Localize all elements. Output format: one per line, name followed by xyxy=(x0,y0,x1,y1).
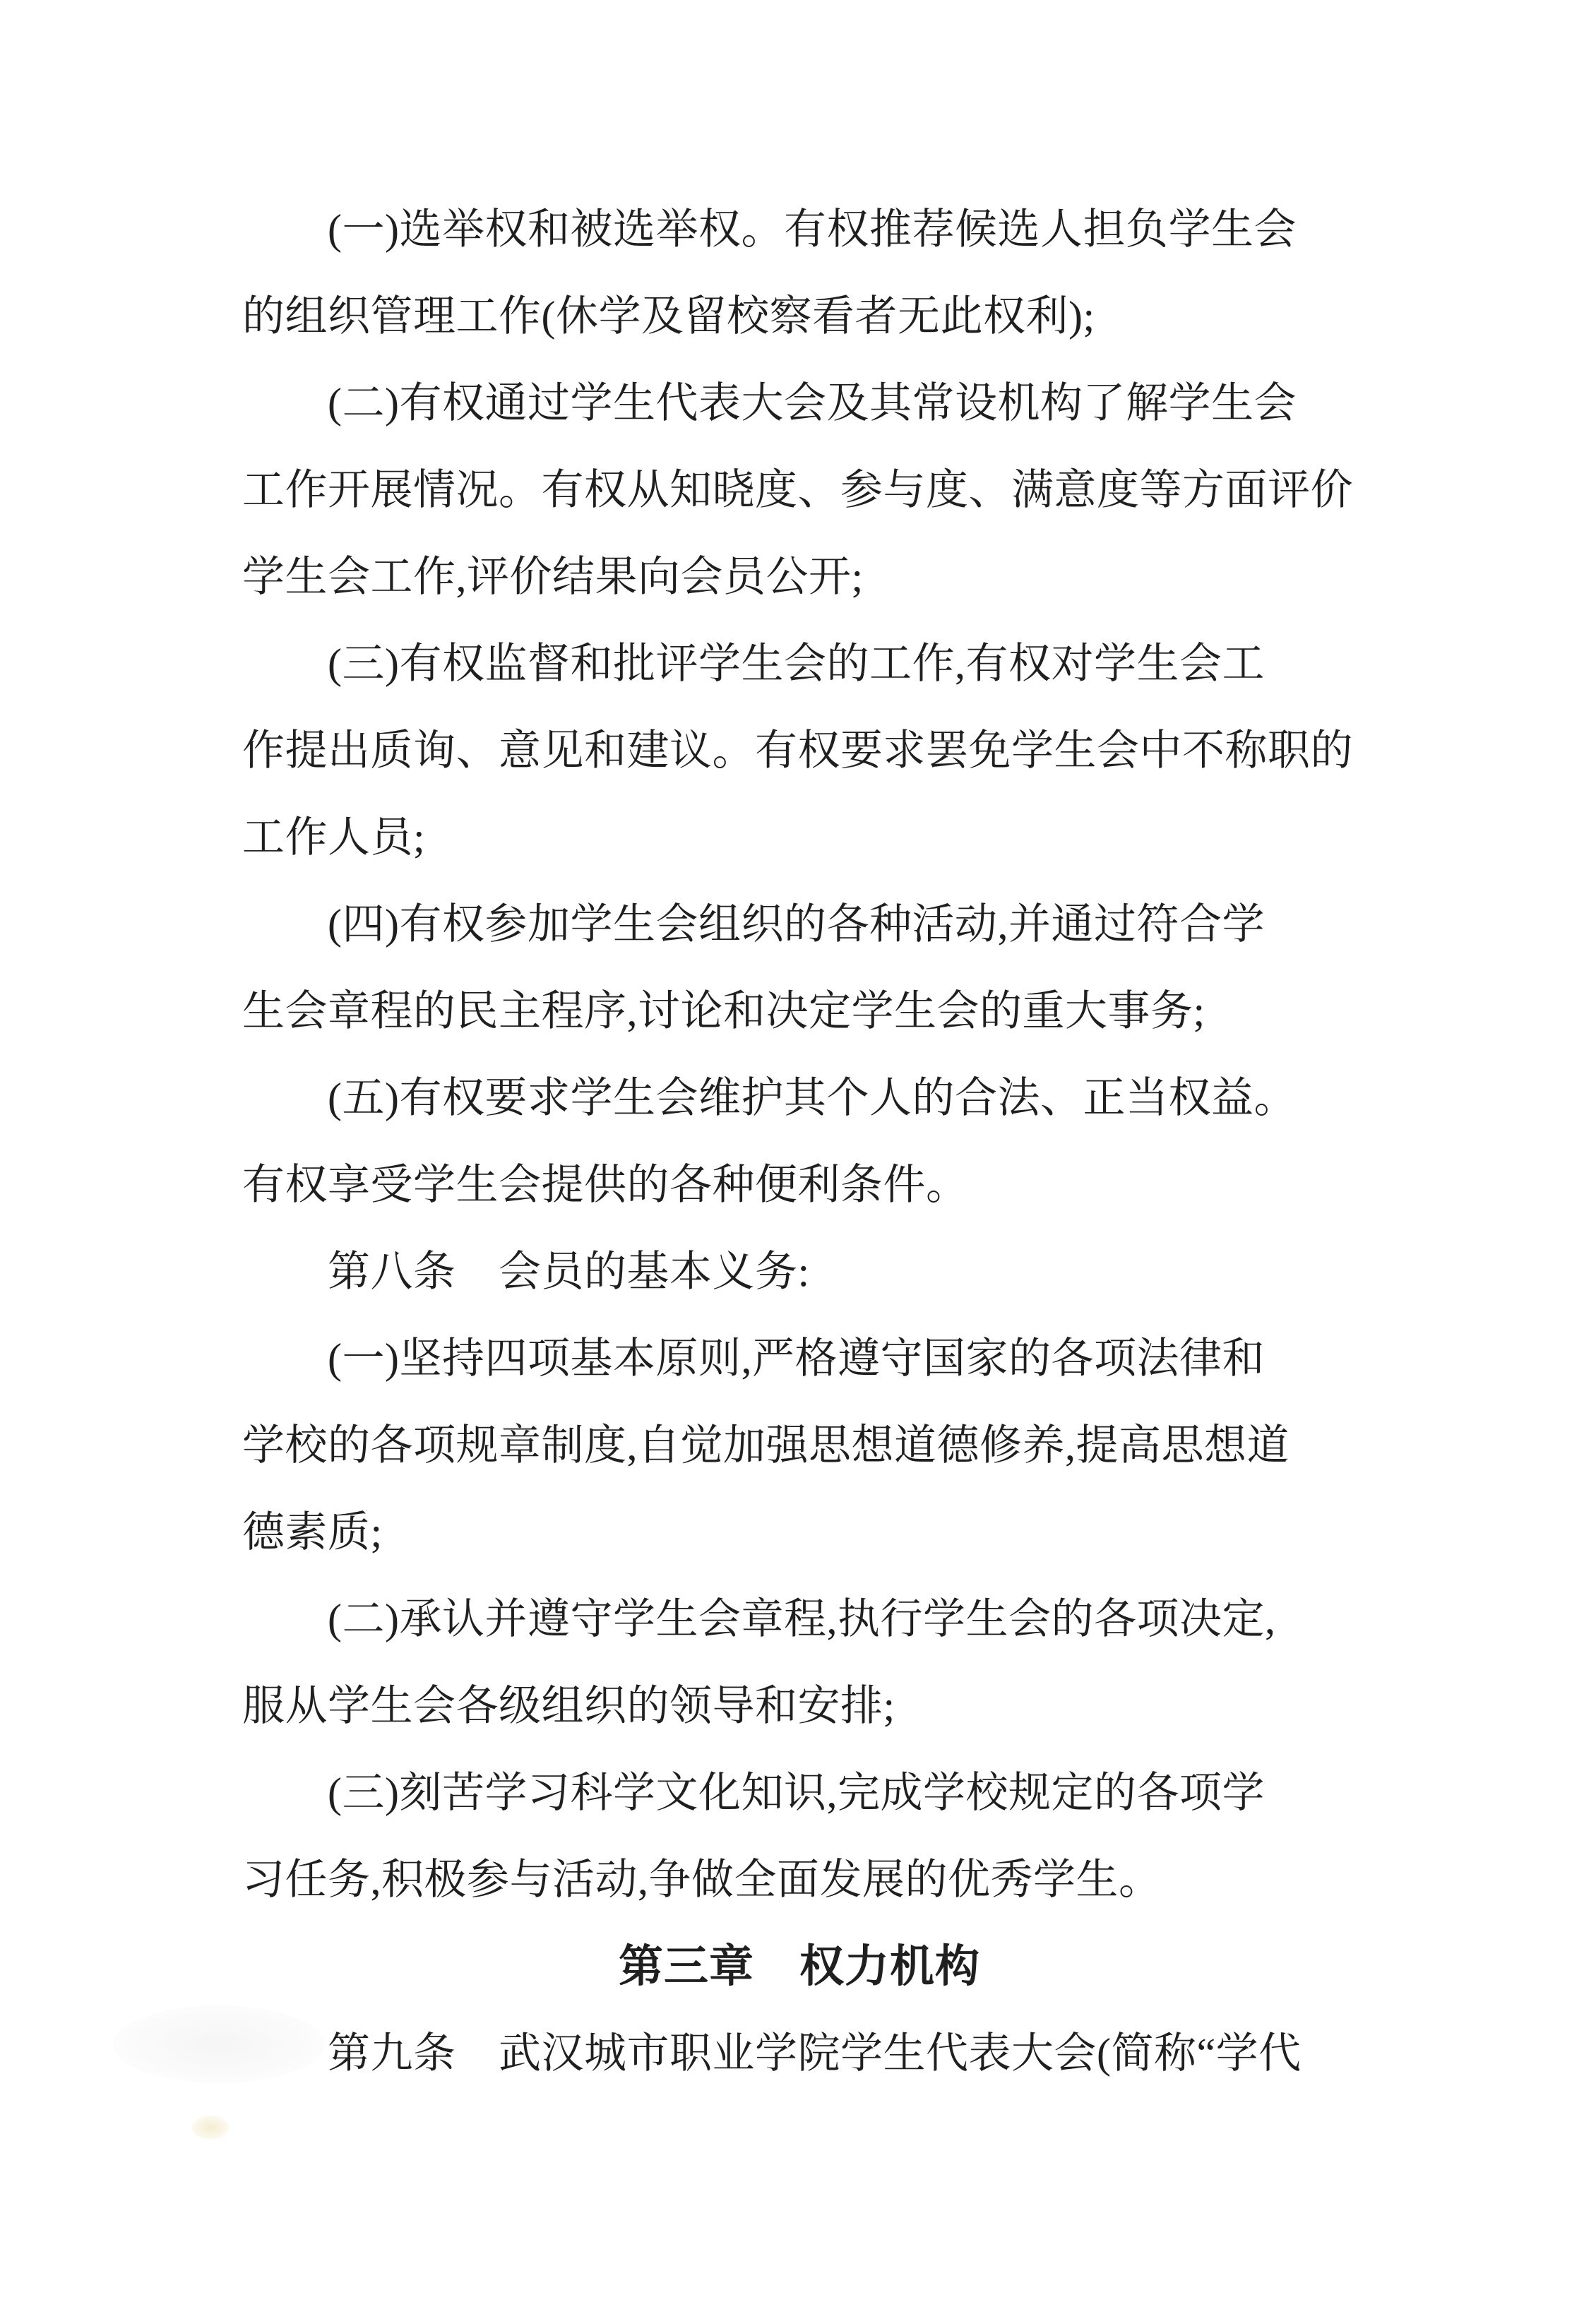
text-line: (五)有权要求学生会维护其个人的合法、正当权益。 xyxy=(242,1055,1357,1142)
text-line: (四)有权参加学生会组织的各种活动,并通过符合学 xyxy=(242,881,1357,968)
text-line: 工作开展情况。有权从知晓度、参与度、满意度等方面评价 xyxy=(242,447,1357,534)
text-line: (二)有权通过学生代表大会及其常设机构了解学生会 xyxy=(242,360,1357,447)
text-line: (一)坚持四项基本原则,严格遵守国家的各项法律和 xyxy=(242,1316,1357,1402)
scan-smudge xyxy=(192,2116,229,2140)
text-line: 有权享受学生会提供的各种便利条件。 xyxy=(242,1142,1357,1229)
text-line: 生会章程的民主程序,讨论和决定学生会的重大事务; xyxy=(242,968,1357,1055)
text-line: 习任务,积极参与活动,争做全面发展的优秀学生。 xyxy=(242,1837,1357,1924)
text-line: 德素质; xyxy=(242,1489,1357,1576)
text-line: 服从学生会各级组织的领导和安排; xyxy=(242,1663,1357,1750)
document-text-block: (一)选举权和被选举权。有权推荐候选人担负学生会 的组织管理工作(休学及留校察看… xyxy=(242,186,1357,2097)
text-line: (二)承认并遵守学生会章程,执行学生会的各项决定, xyxy=(242,1576,1357,1663)
text-line: 作提出质询、意见和建议。有权要求罢免学生会中不称职的 xyxy=(242,708,1357,794)
text-line: 学校的各项规章制度,自觉加强思想道德修养,提高思想道 xyxy=(242,1402,1357,1489)
article-8-line: 第八条 会员的基本义务: xyxy=(242,1229,1357,1316)
scanned-document-page: (一)选举权和被选举权。有权推荐候选人担负学生会 的组织管理工作(休学及留校察看… xyxy=(0,0,1596,2302)
text-line: (三)刻苦学习科学文化知识,完成学校规定的各项学 xyxy=(242,1750,1357,1837)
text-line: 学生会工作,评价结果向会员公开; xyxy=(242,534,1357,621)
text-line: (一)选举权和被选举权。有权推荐候选人担负学生会 xyxy=(242,186,1357,273)
article-9-line: 第九条 武汉城市职业学院学生代表大会(简称“学代 xyxy=(242,2010,1357,2097)
text-line: (三)有权监督和批评学生会的工作,有权对学生会工 xyxy=(242,621,1357,708)
chapter-heading: 第三章 权力机构 xyxy=(242,1924,1357,2010)
text-line: 的组织管理工作(休学及留校察看者无此权利); xyxy=(242,273,1357,360)
text-line: 工作人员; xyxy=(242,794,1357,881)
